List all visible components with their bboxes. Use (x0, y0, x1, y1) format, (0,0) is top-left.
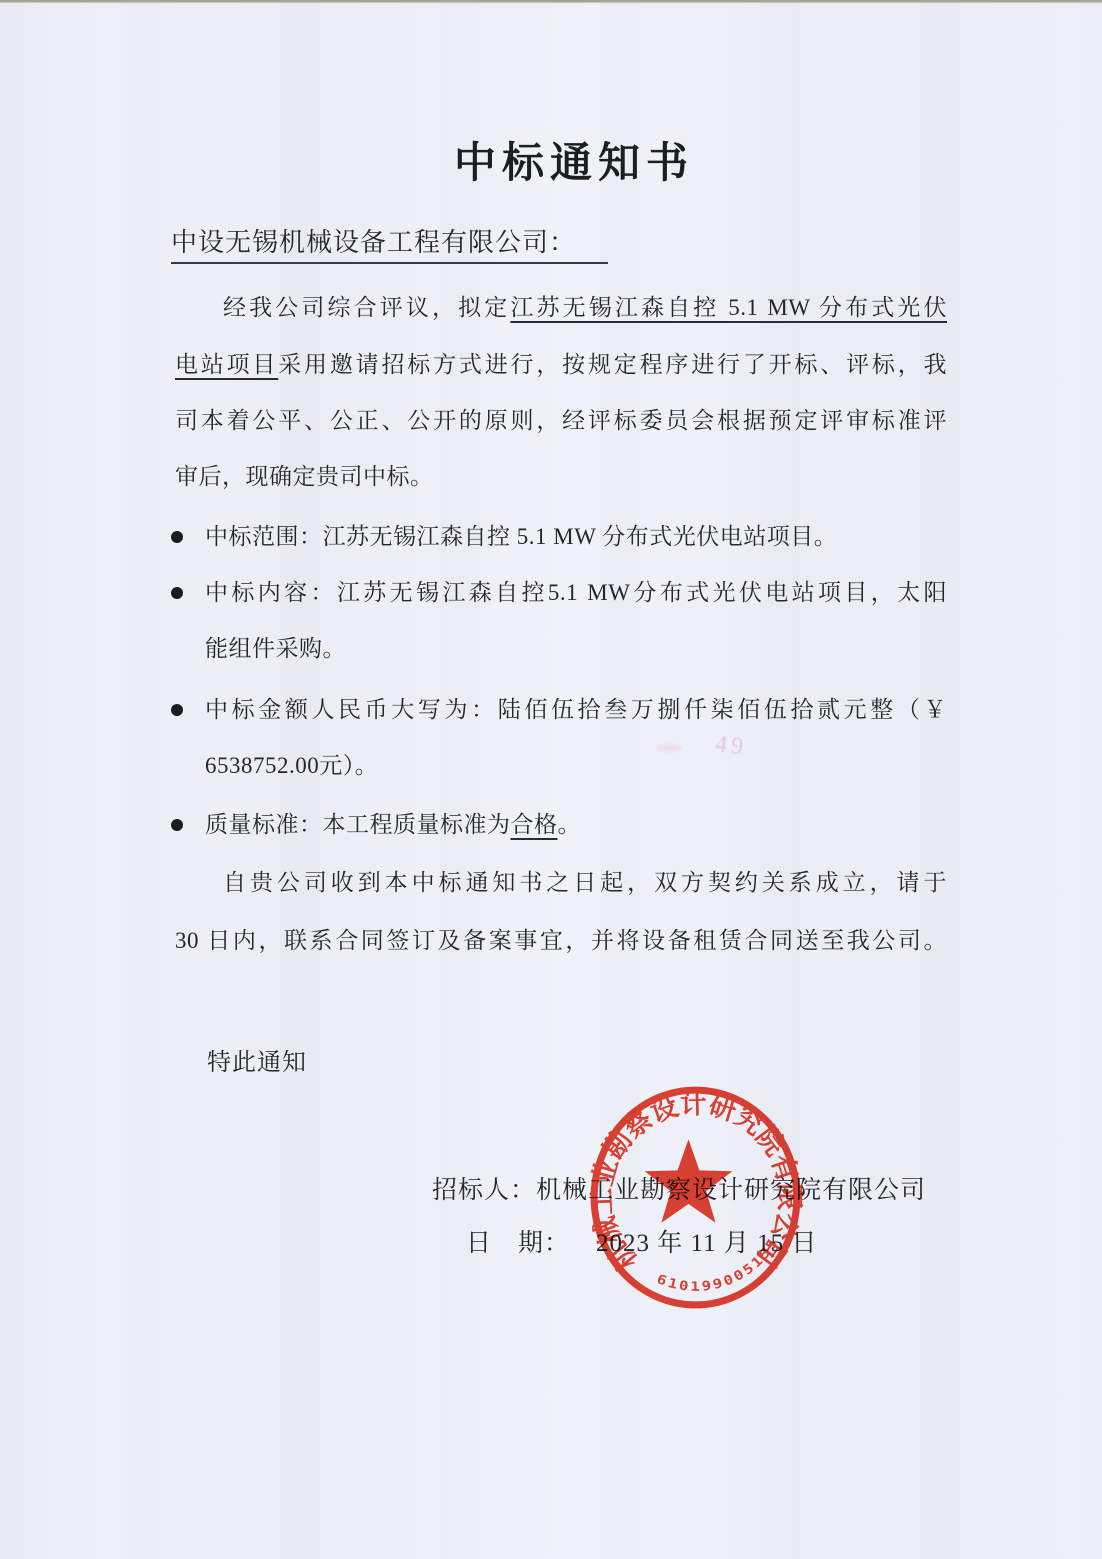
paragraph2-line2: 30 日内，联系合同签订及备案事宜，并将设备租赁合同送至我公司。 (175, 926, 947, 956)
closing-notice: 特此通知 (207, 1042, 307, 1077)
scan-edge (0, 0, 1102, 5)
paragraph1-line2-rest: 采用邀请招标方式进行，按规定程序进行了开标、评标，我 (278, 352, 947, 377)
document-title: 中标通知书 (0, 130, 1102, 190)
date-label: 日 期： (466, 1230, 570, 1257)
paragraph1-line1: 经我公司综合评议，拟定江苏无锡江森自控 5.1 MW 分布式光伏 (175, 293, 947, 323)
bullet-dot (171, 704, 183, 716)
bidder-label: 招标人： (432, 1177, 536, 1204)
ink-bleed-smudge (656, 744, 682, 752)
paragraph1-line2: 电站项目采用邀请招标方式进行，按规定程序进行了开标、评标，我 (175, 350, 947, 380)
bullet-dot (171, 819, 183, 831)
paragraph2-line1: 自贵公司收到本中标通知书之日起，双方契约关系成立，请于 (175, 868, 947, 898)
bullet-content-line1: 中标内容：江苏无锡江森自控5.1 MW分布式光伏电站项目，太阳 (205, 578, 947, 608)
project-name-underlined: 江苏无锡江森自控 5.1 MW 分布式光伏 (510, 295, 947, 320)
bullet-dot (171, 531, 183, 543)
ink-bleed-mark: 49 (714, 731, 749, 761)
seal-star-icon (645, 1139, 733, 1223)
project-name-underlined-cont: 电站项目 (175, 352, 278, 377)
bullet-quality-pre: 质量标准：本工程质量标准为 (205, 812, 511, 837)
paragraph1-line1-pre: 经我公司综合评议，拟定 (223, 295, 510, 320)
paragraph1-line4: 审后，现确定贵司中标。 (175, 462, 947, 492)
addressee-line: 中设无锡机械设备工程有限公司： (171, 226, 608, 264)
bullet-content-line2: 能组件采购。 (205, 634, 947, 664)
paragraph1-line3: 司本着公平、公正、公开的原则，经评标委员会根据预定评审标准评 (175, 406, 947, 436)
bullet-dot (171, 587, 183, 599)
company-seal: 机械工业勘察设计研究院有限公司 610199005155 (565, 1067, 826, 1328)
bullet-scope: 中标范围：江苏无锡江森自控 5.1 MW 分布式光伏电站项目。 (205, 522, 947, 552)
bullet-quality-post: 。 (558, 812, 582, 837)
bullet-amount-line1: 中标金额人民币大写为：陆佰伍拾叁万捌仟柒佰伍拾贰元整（￥ (205, 695, 947, 725)
bullet-amount-line2: 6538752.00元）。 (205, 751, 947, 781)
quality-grade-underlined: 合格 (511, 812, 558, 837)
bullet-quality: 质量标准：本工程质量标准为合格。 (205, 810, 947, 840)
